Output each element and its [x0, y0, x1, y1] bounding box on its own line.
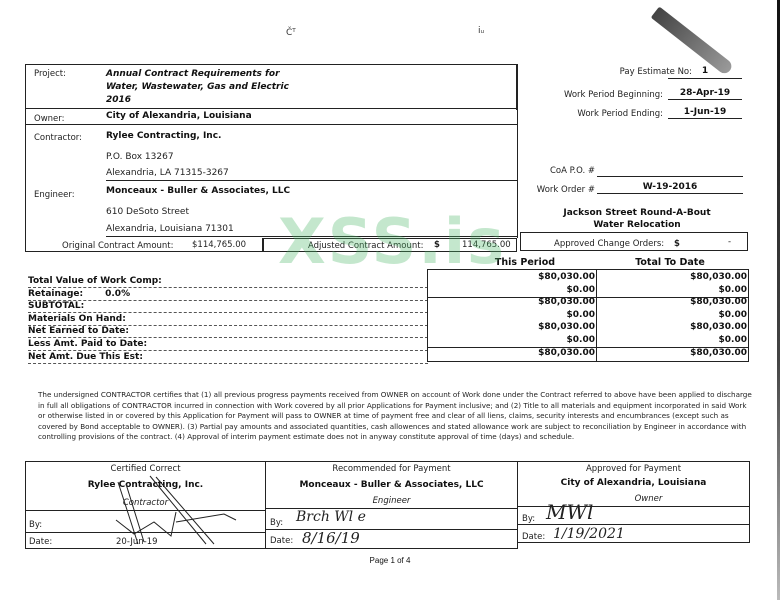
work-order-value: W-19-2016	[597, 182, 743, 194]
scan-edge	[777, 0, 780, 600]
period-end-value: 1-Jun-19	[668, 107, 742, 119]
coa-po-value	[597, 166, 743, 177]
sig-by-value: Brch Wl e	[296, 509, 366, 525]
original-contract-label: Original Contract Amount:	[62, 241, 174, 251]
sig-party: City of Alexandria, Louisiana	[518, 478, 749, 488]
contractor-address2: Alexandria, LA 71315-3267	[106, 168, 517, 181]
this-period-column	[427, 269, 597, 362]
engineer-name: Monceaux - Buller & Associates, LLC	[106, 186, 290, 196]
sig-date-label: Date:	[522, 532, 545, 542]
summary-row-label: Materials On Hand:	[28, 314, 126, 324]
contractor-name: Rylee Contracting, Inc.	[106, 131, 221, 141]
engineer-address1: 610 DeSoto Street	[106, 207, 189, 217]
change-orders-label: Approved Change Orders:	[554, 239, 664, 249]
retainage-percent: 0.0%	[105, 289, 130, 299]
contractor-address1: P.O. Box 13267	[106, 152, 174, 162]
contractor-label: Contractor:	[34, 133, 82, 143]
summary-row-label: Net Earned to Date:	[28, 326, 129, 336]
engineer-address2: Alexandria, Louisiana 71301	[106, 224, 517, 237]
sig-date-value: 1/19/2021	[553, 526, 625, 542]
sig-by-label: By:	[29, 520, 42, 530]
scan-speck: Čᵀ	[286, 28, 296, 38]
summary-row: SUBTOTAL:	[28, 300, 428, 313]
period-begin-label: Work Period Beginning:	[540, 90, 663, 100]
signature-scribble	[96, 472, 256, 547]
sig-by-label: By:	[522, 514, 535, 524]
adjusted-contract-value: 114,765.00	[462, 240, 511, 250]
signature-block-engineer: Recommended for Payment Monceaux - Bulle…	[266, 461, 518, 549]
signature-block-contractor: Certified Correct Rylee Contracting, Inc…	[25, 461, 266, 549]
page-number: Page 1 of 4	[340, 556, 440, 565]
original-contract-value: $114,765.00	[192, 240, 246, 250]
sig-by-label: By:	[270, 518, 283, 528]
change-orders-value: -	[728, 237, 731, 247]
summary-row-label: Less Amt. Paid to Date:	[28, 339, 147, 349]
pay-estimate-value: 1	[668, 66, 742, 79]
sig-role: Engineer	[266, 496, 517, 506]
total-to-date-column	[597, 269, 749, 362]
job-title: Jackson Street Round-A-Bout Water Reloca…	[527, 207, 747, 231]
summary-row: Less Amt. Paid to Date:	[28, 338, 428, 351]
sig-date-label: Date:	[270, 536, 293, 546]
period-end-label: Work Period Ending:	[540, 109, 663, 119]
scan-speck: iᵤ	[478, 26, 484, 36]
coa-po-label: CoA P.O. #	[540, 166, 595, 176]
owner-label: Owner:	[34, 114, 64, 124]
col-this-period: This Period	[470, 257, 580, 268]
col-total-to-date: Total To Date	[605, 257, 735, 268]
summary-row-label: Total Value of Work Comp:	[28, 276, 162, 286]
summary-row: Net Amt. Due This Est:	[28, 351, 428, 364]
project-title: Annual Contract Requirements for Water, …	[106, 68, 289, 107]
adjusted-contract-currency: $	[434, 240, 440, 250]
sig-heading: Recommended for Payment	[266, 464, 517, 474]
period-begin-value: 28-Apr-19	[668, 88, 742, 100]
owner-value: City of Alexandria, Louisiana	[106, 111, 252, 121]
summary-row: Retainage:0.0%	[28, 288, 428, 301]
engineer-label: Engineer:	[34, 190, 75, 200]
summary-row: Net Earned to Date:	[28, 325, 428, 338]
summary-row-label: Net Amt. Due This Est:	[28, 352, 143, 362]
change-orders-currency: $	[674, 239, 680, 249]
sig-date-value: 8/16/19	[302, 529, 360, 547]
certification-text: The undersigned CONTRACTOR certifies tha…	[38, 390, 753, 443]
signature-block-owner: Approved for Payment City of Alexandria,…	[518, 461, 750, 543]
project-label: Project:	[34, 69, 66, 79]
work-order-label: Work Order #	[530, 185, 595, 195]
summary-row: Total Value of Work Comp:	[28, 275, 428, 288]
sig-party: Monceaux - Buller & Associates, LLC	[266, 480, 517, 490]
sig-by-value: MWl	[546, 500, 593, 524]
sig-heading: Approved for Payment	[518, 464, 749, 474]
summary-row-label: Retainage:	[28, 289, 83, 299]
summary-row: Materials On Hand:	[28, 313, 428, 326]
adjusted-contract-label: Adjusted Contract Amount:	[308, 241, 423, 251]
sig-date-label: Date:	[29, 537, 52, 547]
summary-row-label: SUBTOTAL:	[28, 301, 84, 311]
